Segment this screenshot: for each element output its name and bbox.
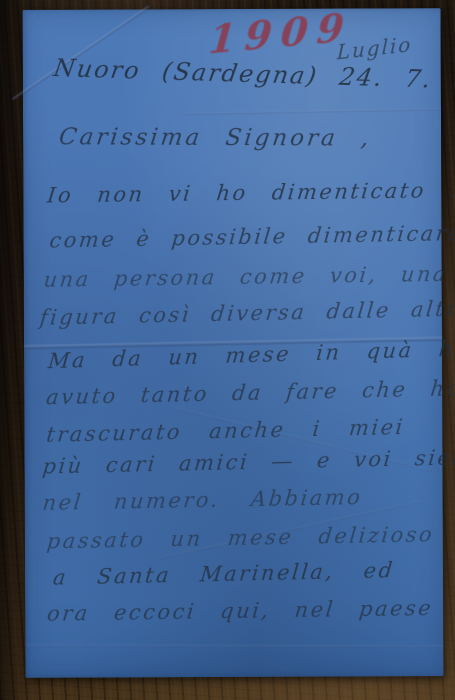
letter-body-line: come è possibile dimenticare [48,221,455,253]
fold-crease-top-left [12,5,150,100]
letter-body-line: Ma da un mese in quà ho [47,336,455,373]
letter-body-line: figura così diversa dalle altre ? [39,296,455,330]
letter-dateline: Nuoro (Sardegna) 24. 7. 09 [52,54,455,95]
letter-body-line: a Santa Marinella, ed [52,558,396,590]
letter-body-line: una persona come voi, una [42,262,449,292]
letter-photo: 1909 Luglio Nuoro (Sardegna) 24. 7. 09 C… [0,0,455,700]
letter-paper: 1909 Luglio Nuoro (Sardegna) 24. 7. 09 C… [23,8,444,678]
letter-body-line: trascurato anche i miei [45,415,406,447]
letter-body-line: nel numero. Abbiamo [41,485,363,515]
letter-body-line: avuto tanto da fare che ho [45,376,455,409]
letter-body-line: passato un mese delizioso [46,522,436,553]
fold-crease-upper [182,108,441,115]
letter-body-line: più cari amici — e voi siete [41,445,455,479]
letter-body-line: ora eccoci qui, nel paese [46,596,435,626]
year-annotation: 1909 [207,4,355,64]
fold-crease-bottom [25,644,443,647]
letter-salutation: Carissima Signora , [57,124,373,151]
letter-body-line: Io non vi ho dimenticato . [46,178,455,207]
